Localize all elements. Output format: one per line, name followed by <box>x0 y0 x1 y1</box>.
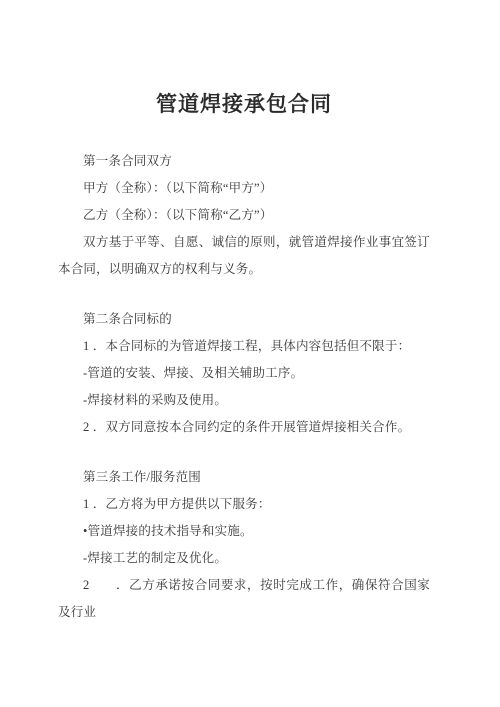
preamble-paragraph: 双方基于平等、自愿、诚信的原则，就管道焊接作业事宜签订本合同，以明确双方的权利与… <box>58 229 430 283</box>
article3-item1-sub2: -焊接工艺的制定及优化。 <box>58 545 430 572</box>
contract-title: 管道焊接承包合同 <box>58 90 430 120</box>
party-b-line: 乙方（全称）：（以下简称“乙方”） <box>58 202 430 229</box>
contract-page: 管道焊接承包合同 第一条合同双方 甲方（全称）：（以下简称“甲方”） 乙方（全称… <box>0 0 500 707</box>
article3-item1-sub1: •管道焊接的技术指导和实施。 <box>58 518 430 545</box>
article2-heading: 第二条合同标的 <box>58 306 430 333</box>
party-a-line: 甲方（全称）：（以下简称“甲方”） <box>58 175 430 202</box>
article1-heading: 第一条合同双方 <box>58 148 430 175</box>
blank-line <box>58 441 430 464</box>
article2-item1-sub2: -焊接材料的采购及使用。 <box>58 387 430 414</box>
article3-heading: 第三条工作/服务范围 <box>58 464 430 491</box>
blank-line <box>58 283 430 306</box>
article2-item1-sub1: -管道的安装、焊接、及相关辅助工序。 <box>58 360 430 387</box>
article3-item1: 1 ．乙方将为甲方提供以下服务： <box>58 491 430 518</box>
article3-item2: 2 ．乙方承诺按合同要求，按时完成工作，确保符合国家及行业 <box>58 572 430 626</box>
article2-item1: 1 ．本合同标的为管道焊接工程，具体内容包括但不限于： <box>58 333 430 360</box>
article2-item2: 2 ．双方同意按本合同约定的条件开展管道焊接相关合作。 <box>58 414 430 441</box>
